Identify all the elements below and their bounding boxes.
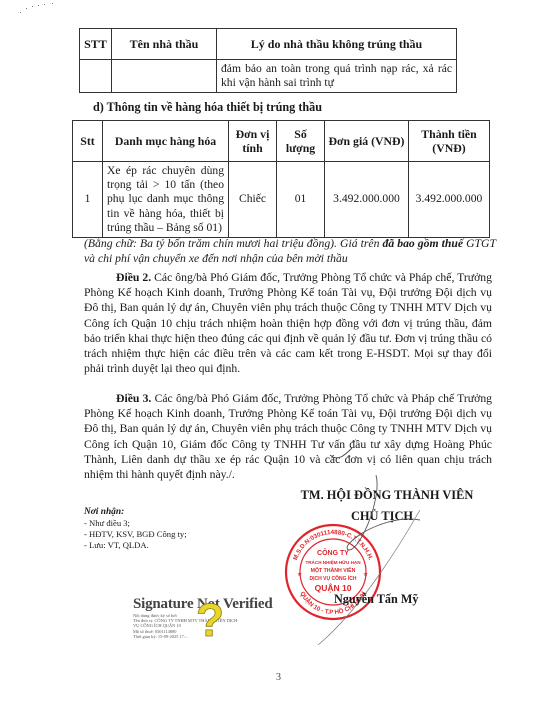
note-text: (Bằng chữ: Ba tỷ bốn trăm chín mươi hai … bbox=[84, 237, 382, 250]
table-header-row: Stt Danh mục hàng hóa Đơn vị tính Số lượ… bbox=[73, 121, 490, 162]
recipient-item: - Như điều 3; bbox=[84, 518, 187, 529]
signature-org-line: TM. HỘI ĐỒNG THÀNH VIÊN bbox=[292, 488, 482, 503]
cell: đảm bảo an toàn trong quá trình nạp rác,… bbox=[217, 60, 457, 93]
recipients-title: Nơi nhận: bbox=[84, 507, 187, 518]
table-row: 1 Xe ép rác chuyên dùng trọng tải > 10 t… bbox=[73, 162, 490, 238]
col-header: STT bbox=[80, 29, 112, 60]
col-header: Danh mục hàng hóa bbox=[103, 121, 229, 162]
article-3-label: Điều 3. bbox=[116, 392, 151, 405]
col-header: Đơn vị tính bbox=[229, 121, 277, 162]
cell bbox=[80, 60, 112, 93]
winning-goods-table: Stt Danh mục hàng hóa Đơn vị tính Số lượ… bbox=[72, 120, 490, 238]
unit-cell: Chiếc bbox=[229, 162, 277, 238]
cell bbox=[112, 60, 217, 93]
svg-text:DỊCH VỤ CÔNG ÍCH: DỊCH VỤ CÔNG ÍCH bbox=[310, 574, 357, 582]
svg-text:★: ★ bbox=[363, 571, 368, 578]
article-2: Điều 2. Các ông/bà Phó Giám đốc, Trưởng … bbox=[84, 270, 492, 376]
price-in-words-note: (Bằng chữ: Ba tỷ bốn trăm chín mươi hai … bbox=[84, 236, 496, 266]
svg-text:★: ★ bbox=[297, 571, 302, 578]
article-3: Điều 3. Các ông/bà Phó Giám đốc, Trưởng … bbox=[84, 391, 492, 482]
svg-text:MỘT THÀNH VIÊN: MỘT THÀNH VIÊN bbox=[311, 566, 356, 574]
col-header: Lý do nhà thầu không trúng thầu bbox=[217, 29, 457, 60]
item-cell: Xe ép rác chuyên dùng trọng tải > 10 tấn… bbox=[103, 162, 229, 238]
recipient-item: - Lưu: VT, QLDA. bbox=[84, 540, 187, 551]
recipients-block: Nơi nhận: - Như điều 3; - HĐTV, KSV, BGĐ… bbox=[84, 507, 187, 551]
total-cell: 3.492.000.000 bbox=[409, 162, 490, 238]
stt-cell: 1 bbox=[73, 162, 103, 238]
col-header: Stt bbox=[73, 121, 103, 162]
question-mark-icon: ? bbox=[196, 594, 224, 642]
losing-bidders-table: STT Tên nhà thầu Lý do nhà thầu không tr… bbox=[79, 28, 457, 93]
signer-name: Nguyễn Tấn Mỹ bbox=[334, 592, 418, 607]
svg-text:TRÁCH NHIỆM HỮU HẠN: TRÁCH NHIỆM HỮU HẠN bbox=[305, 558, 361, 565]
svg-text:CÔNG TY: CÔNG TY bbox=[317, 548, 349, 557]
qty-cell: 01 bbox=[277, 162, 325, 238]
recipient-item: - HĐTV, KSV, BGĐ Công ty; bbox=[84, 529, 187, 540]
note-bold-text: đã bao gồm thuế bbox=[382, 237, 463, 250]
article-2-label: Điều 2. bbox=[116, 271, 151, 284]
col-header: Tên nhà thầu bbox=[112, 29, 217, 60]
section-heading: d) Thông tin về hàng hóa thiết bị trúng … bbox=[93, 100, 322, 115]
scan-noise bbox=[18, 2, 58, 16]
svg-text:?: ? bbox=[196, 594, 224, 642]
col-header: Đơn giá (VNĐ) bbox=[325, 121, 409, 162]
unit-price-cell: 3.492.000.000 bbox=[325, 162, 409, 238]
table-row: đảm bảo an toàn trong quá trình nạp rác,… bbox=[80, 60, 457, 93]
table-header-row: STT Tên nhà thầu Lý do nhà thầu không tr… bbox=[80, 29, 457, 60]
col-header: Số lượng bbox=[277, 121, 325, 162]
article-2-text: Các ông/bà Phó Giám đốc, Trưởng Phòng Tổ… bbox=[84, 271, 492, 375]
col-header: Thành tiền (VNĐ) bbox=[409, 121, 490, 162]
article-3-text: Các ông/bà Phó Giám đốc, Trưởng Phòng Tổ… bbox=[84, 392, 492, 481]
page-number: 3 bbox=[276, 672, 281, 683]
